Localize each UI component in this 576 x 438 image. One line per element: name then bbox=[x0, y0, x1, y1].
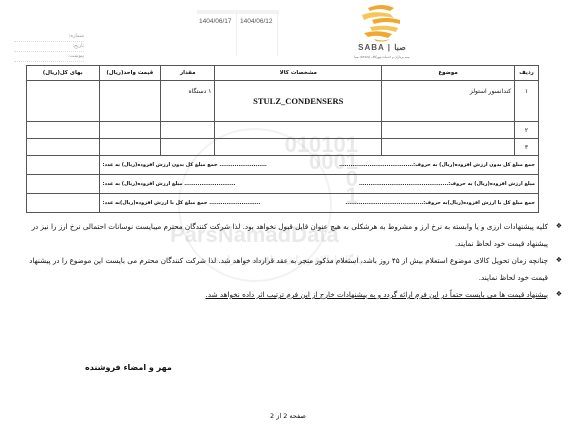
header-specs: مشخصات کالا bbox=[215, 66, 382, 81]
cell-unit-price[interactable] bbox=[99, 122, 161, 139]
terms-notes: ❖ کلیه پیشنهادات ارزی و یا وابسته به نرخ… bbox=[18, 218, 562, 303]
cell-row-no: ۳ bbox=[515, 139, 539, 156]
cell-subject bbox=[382, 122, 515, 139]
cell-row-no: ۲ bbox=[515, 122, 539, 139]
cell-total-price[interactable] bbox=[27, 81, 100, 122]
date-issued: 1404/06/12 bbox=[240, 18, 273, 25]
cell-quantity bbox=[161, 139, 215, 156]
summary-words-label: جمع مبلغ کل بدون ارزش افزوده(ریال) به حر… bbox=[339, 162, 535, 168]
cell-specs bbox=[215, 139, 382, 156]
note-text: پیشنهاد قیمت ها می بایست حتماً در این فر… bbox=[206, 290, 548, 299]
summary-labels: مبلغ ارزش افزوده(ریال) به حروف:.........… bbox=[99, 175, 538, 194]
note-text: کلیه پیشنهادات ارزی و یا وابسته به نرخ ا… bbox=[32, 222, 548, 248]
items-table: ردیف موضوع مشخصات کالا مقدار قیمت واحد(ر… bbox=[26, 65, 539, 213]
cell-quantity: ۱ دستگاه bbox=[161, 81, 215, 122]
note-item: ❖ کلیه پیشنهادات ارزی و یا وابسته به نرخ… bbox=[18, 218, 562, 252]
date-divider bbox=[236, 10, 237, 56]
summary-value-cell[interactable] bbox=[27, 156, 100, 175]
summary-labels: جمع مبلغ کل بدون ارزش افزوده(ریال) به حر… bbox=[99, 156, 538, 175]
date-divider bbox=[277, 10, 278, 56]
cell-row-no: ۱ bbox=[515, 81, 539, 122]
document-meta: شماره: تاریخ: پیوست: bbox=[14, 32, 84, 62]
header-unit-price: قیمت واحد(ریال) bbox=[99, 66, 161, 81]
meta-date-label: تاریخ: bbox=[14, 42, 84, 52]
note-item: ❖ چنانچه زمان تحویل کالای موضوع استعلام … bbox=[18, 252, 562, 286]
cell-total-price[interactable] bbox=[27, 139, 100, 156]
summary-value-cell[interactable] bbox=[27, 175, 100, 194]
cell-subject: کندانسور استولز bbox=[382, 81, 515, 122]
summary-words-label: جمع مبلغ کل با ارزش افزوده(ریال)به حروف:… bbox=[345, 200, 535, 206]
saba-logo: SABA | صبا بیمه پردازان و خدمات نیوزگاف … bbox=[350, 2, 414, 64]
header-quantity: مقدار bbox=[161, 66, 215, 81]
cell-quantity bbox=[161, 122, 215, 139]
table-row: ۳ bbox=[27, 139, 539, 156]
summary-value-cell[interactable] bbox=[27, 194, 100, 213]
summary-labels: جمع مبلغ کل با ارزش افزوده(ریال)به حروف:… bbox=[99, 194, 538, 213]
summary-row-total: جمع مبلغ کل با ارزش افزوده(ریال)به حروف:… bbox=[27, 194, 539, 213]
meta-number-label: شماره: bbox=[14, 32, 84, 42]
cell-subject bbox=[382, 139, 515, 156]
summary-row-subtotal: جمع مبلغ کل بدون ارزش افزوده(ریال) به حر… bbox=[27, 156, 539, 175]
meta-attachment-label: پیوست: bbox=[14, 52, 84, 62]
saba-globe-icon bbox=[350, 2, 414, 42]
logo-tagline: بیمه پردازان و خدمات نیوزگاف (STILS) صبا bbox=[346, 55, 418, 59]
summary-number-label: ........................... مبلغ ارزش اف… bbox=[103, 181, 236, 187]
summary-number-label: ......................... جمع مبلغ کل بد… bbox=[103, 162, 267, 168]
cell-unit-price[interactable] bbox=[99, 81, 161, 122]
cell-specs bbox=[215, 122, 382, 139]
logo-latin: SABA bbox=[358, 43, 384, 52]
summary-number-label: ........................... جمع مبلغ کل … bbox=[103, 200, 261, 206]
header-total-price: بهای کل(ریال) bbox=[27, 66, 100, 81]
header-subject: موضوع bbox=[382, 66, 515, 81]
cell-unit-price[interactable] bbox=[99, 139, 161, 156]
table-header-row: ردیف موضوع مشخصات کالا مقدار قیمت واحد(ر… bbox=[27, 66, 539, 81]
header-row-no: ردیف bbox=[515, 66, 539, 81]
diamond-bullet-icon: ❖ bbox=[556, 218, 562, 235]
cell-specs: STULZ_CONDENSERS bbox=[215, 81, 382, 122]
cell-total-price[interactable] bbox=[27, 122, 100, 139]
note-text: چنانچه زمان تحویل کالای موضوع استعلام بی… bbox=[29, 256, 548, 282]
note-item: ❖ پیشنهاد قیمت ها می بایست حتماً در این … bbox=[18, 286, 562, 303]
seller-signature-label: مهر و امضاء فروشنده bbox=[85, 363, 172, 372]
summary-words-label: مبلغ ارزش افزوده(ریال) به حروف:.........… bbox=[359, 181, 535, 187]
table-row: ۲ bbox=[27, 122, 539, 139]
page-number: صفحه 2 از 2 bbox=[270, 412, 306, 420]
table-row: ۱ کندانسور استولز STULZ_CONDENSERS ۱ دست… bbox=[27, 81, 539, 122]
logo-wordmark: SABA | صبا bbox=[350, 43, 414, 52]
logo-persian: صبا bbox=[394, 43, 406, 52]
diamond-bullet-icon: ❖ bbox=[556, 252, 562, 269]
summary-row-vat: مبلغ ارزش افزوده(ریال) به حروف:.........… bbox=[27, 175, 539, 194]
diamond-bullet-icon: ❖ bbox=[556, 286, 562, 303]
date-deadline: 1404/06/17 bbox=[199, 18, 232, 25]
date-box: 1404/06/17 1404/06/12 bbox=[197, 10, 279, 56]
